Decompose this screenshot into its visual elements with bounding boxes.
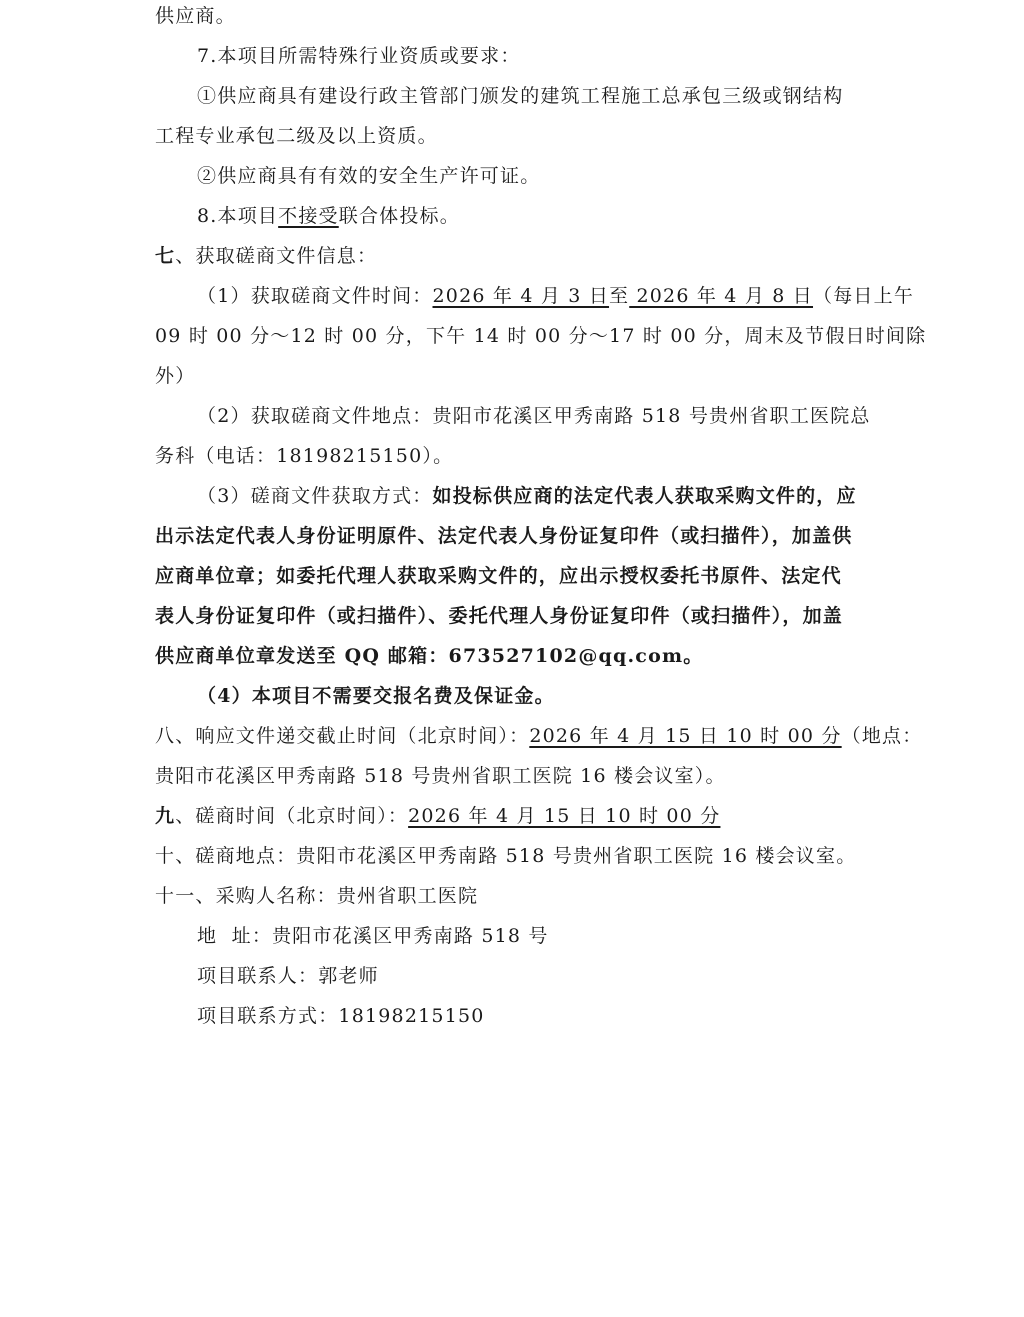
text-line: 贵阳市花溪区甲秀南路 518 号贵州省职工医院 16 楼会议室）。 [155, 762, 726, 790]
text-run: （2）获取磋商文件地点：贵阳市花溪区甲秀南路 518 号贵州省职工医院总 [197, 405, 871, 427]
deadline-date: 2026 年 4 月 15 日 10 时 00 分 [529, 725, 841, 747]
text-run: 联合体投标。 [339, 205, 460, 227]
text-run: 项目联系人：郭老师 [197, 965, 379, 987]
section-heading-8: 八、响应文件递交截止时间（北京时间）：2026 年 4 月 15 日 10 时 … [155, 722, 922, 750]
text-run: 十一、采购人名称：贵州省职工医院 [155, 885, 478, 907]
requirement-8: 8.本项目不接受联合体投标。 [197, 202, 460, 230]
text-run: 供应商。 [155, 5, 236, 27]
bold-text: 应商单位章；如委托代理人获取采购文件的，应出示授权委托书原件、法定代 [155, 565, 842, 587]
email-text: 供应商单位章发送至 QQ 邮箱：673527102@qq.com。 [155, 645, 703, 667]
text-run: 地 址：贵阳市花溪区甲秀南路 518 号 [197, 925, 549, 947]
text-run: （每日上午 [813, 285, 914, 307]
text-run: 外） [155, 365, 195, 387]
text-run: 09 时 00 分～12 时 00 分，下午 14 时 00 分～17 时 00… [155, 325, 926, 347]
text-line: 09 时 00 分～12 时 00 分，下午 14 时 00 分～17 时 00… [155, 322, 926, 350]
section-title: 、获取磋商文件信息： [175, 245, 377, 267]
bold-text: 如投标供应商的法定代表人获取采购文件的，应 [433, 485, 857, 507]
requirement-7-item-2: ②供应商具有有效的安全生产许可证。 [197, 162, 540, 190]
text-run: 项目联系方式：18198215150 [197, 1005, 485, 1027]
text-line: 应商单位章；如委托代理人获取采购文件的，应出示授权委托书原件、法定代 [155, 562, 842, 590]
underlined-text: 不接受 [278, 205, 339, 227]
text-line: 务科（电话：18198215150）。 [155, 442, 453, 470]
text-line: 工程专业承包二级及以上资质。 [155, 122, 438, 150]
text-run: 务科（电话：18198215150）。 [155, 445, 453, 467]
end-date: 2026 年 4 月 8 日 [629, 285, 813, 307]
text-line: 外） [155, 362, 195, 390]
section-heading-9: 九、磋商时间（北京时间）：2026 年 4 月 15 日 10 时 00 分 [155, 802, 720, 830]
text-run: 八、响应文件递交截止时间（北京时间）： [155, 725, 529, 747]
requirement-7-item-1: ①供应商具有建设行政主管部门颁发的建筑工程施工总承包三级或钢结构 [197, 82, 843, 110]
start-date: 2026 年 4 月 3 日 [433, 285, 610, 307]
purchaser-contact-person: 项目联系人：郭老师 [197, 962, 379, 990]
requirement-7: 7.本项目所需特殊行业资质或要求： [197, 42, 521, 70]
text-run: 8.本项目 [197, 205, 278, 227]
section-7-item-3: （3）磋商文件获取方式：如投标供应商的法定代表人获取采购文件的，应 [197, 482, 857, 510]
section-heading-10: 十、磋商地点：贵阳市花溪区甲秀南路 518 号贵州省职工医院 16 楼会议室。 [155, 842, 856, 870]
text-line: 表人身份证复印件（或扫描件）、委托代理人身份证复印件（或扫描件），加盖 [155, 602, 843, 630]
section-7-item-2: （2）获取磋商文件地点：贵阳市花溪区甲秀南路 518 号贵州省职工医院总 [197, 402, 871, 430]
bold-text: 表人身份证复印件（或扫描件）、委托代理人身份证复印件（或扫描件），加盖 [155, 605, 843, 627]
section-heading-11: 十一、采购人名称：贵州省职工医院 [155, 882, 478, 910]
section-number: 九 [155, 805, 175, 827]
text-line: 供应商单位章发送至 QQ 邮箱：673527102@qq.com。 [155, 642, 703, 670]
text-run: （1）获取磋商文件时间： [197, 285, 433, 307]
text-run: （地点： [842, 725, 923, 747]
text-run: 工程专业承包二级及以上资质。 [155, 125, 438, 147]
text-line: 供应商。 [155, 2, 236, 30]
section-heading-7: 七、获取磋商文件信息： [155, 242, 377, 270]
text-run: 至 [609, 285, 629, 307]
text-run: 7.本项目所需特殊行业资质或要求： [197, 45, 521, 67]
purchaser-contact-phone: 项目联系方式：18198215150 [197, 1002, 485, 1030]
bold-text: 出示法定代表人身份证明原件、法定代表人身份证复印件（或扫描件），加盖供 [155, 525, 853, 547]
purchaser-address: 地 址：贵阳市花溪区甲秀南路 518 号 [197, 922, 549, 950]
text-run: 、磋商时间（北京时间）： [175, 805, 408, 827]
section-number: 七 [155, 245, 175, 267]
consultation-date: 2026 年 4 月 15 日 10 时 00 分 [408, 805, 720, 827]
section-7-item-1: （1）获取磋商文件时间：2026 年 4 月 3 日至 2026 年 4 月 8… [197, 282, 914, 310]
text-run: 十、磋商地点：贵阳市花溪区甲秀南路 518 号贵州省职工医院 16 楼会议室。 [155, 845, 856, 867]
text-line: 出示法定代表人身份证明原件、法定代表人身份证复印件（或扫描件），加盖供 [155, 522, 853, 550]
text-run: （3）磋商文件获取方式： [197, 485, 433, 507]
text-run: 贵阳市花溪区甲秀南路 518 号贵州省职工医院 16 楼会议室）。 [155, 765, 726, 787]
text-run: ①供应商具有建设行政主管部门颁发的建筑工程施工总承包三级或钢结构 [197, 85, 843, 107]
section-7-item-4: （4）本项目不需要交报名费及保证金。 [197, 682, 555, 710]
bold-text: （4）本项目不需要交报名费及保证金。 [197, 685, 555, 707]
text-run: ②供应商具有有效的安全生产许可证。 [197, 165, 540, 187]
